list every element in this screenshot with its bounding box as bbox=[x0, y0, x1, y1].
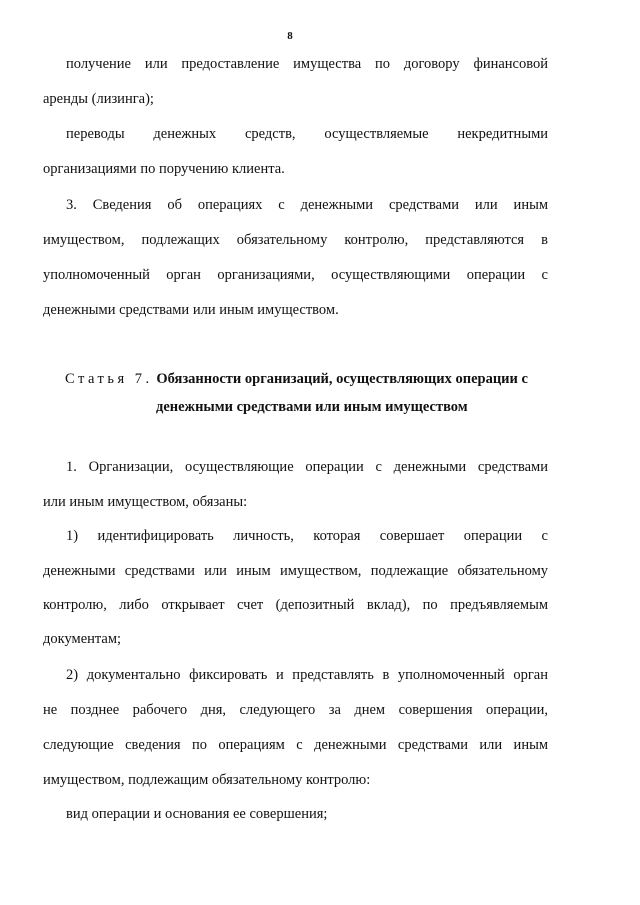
paragraph-line: или иным имуществом, обязаны: bbox=[43, 493, 548, 511]
paragraph-line: 2) документально фиксировать и представл… bbox=[66, 666, 548, 684]
paragraph-line: переводы денежных средств, осуществляемы… bbox=[66, 125, 548, 143]
paragraph-line: имуществом, подлежащим обязательному кон… bbox=[43, 771, 548, 789]
paragraph-line: денежными средствами или иным имуществом… bbox=[43, 562, 548, 580]
paragraph-line: контролю, либо открывает счет (депозитны… bbox=[43, 596, 548, 614]
paragraph-line: аренды (лизинга); bbox=[43, 90, 548, 108]
paragraph-line: следующие сведения по операциям с денежн… bbox=[43, 736, 548, 754]
paragraph-line: документам; bbox=[43, 630, 548, 648]
paragraph-line: организациями по поручению клиента. bbox=[43, 160, 548, 178]
paragraph-line: 1) идентифицировать личность, которая со… bbox=[66, 527, 548, 545]
article-heading: Статья 7. Обязанности организаций, осуще… bbox=[65, 370, 640, 388]
article-title-continued: денежными средствами или иным имуществом bbox=[156, 398, 640, 416]
paragraph-line: 3. Сведения об операциях с денежными сре… bbox=[66, 196, 548, 214]
paragraph-line: денежными средствами или иным имуществом… bbox=[43, 301, 548, 319]
paragraph-line: 1. Организации, осуществляющие операции … bbox=[66, 458, 548, 476]
article-label: Статья 7. bbox=[65, 371, 153, 387]
paragraph-line: не позднее рабочего дня, следующего за д… bbox=[43, 701, 548, 719]
paragraph-line: получение или предоставление имущества п… bbox=[66, 55, 548, 73]
paragraph-line: имуществом, подлежащих обязательному кон… bbox=[43, 231, 548, 249]
article-title: Обязанности организаций, осуществляющих … bbox=[156, 371, 528, 387]
paragraph-line: уполномоченный орган организациями, осущ… bbox=[43, 266, 548, 284]
page-number: 8 bbox=[0, 30, 580, 42]
paragraph-line: вид операции и основания ее совершения; bbox=[66, 805, 548, 823]
